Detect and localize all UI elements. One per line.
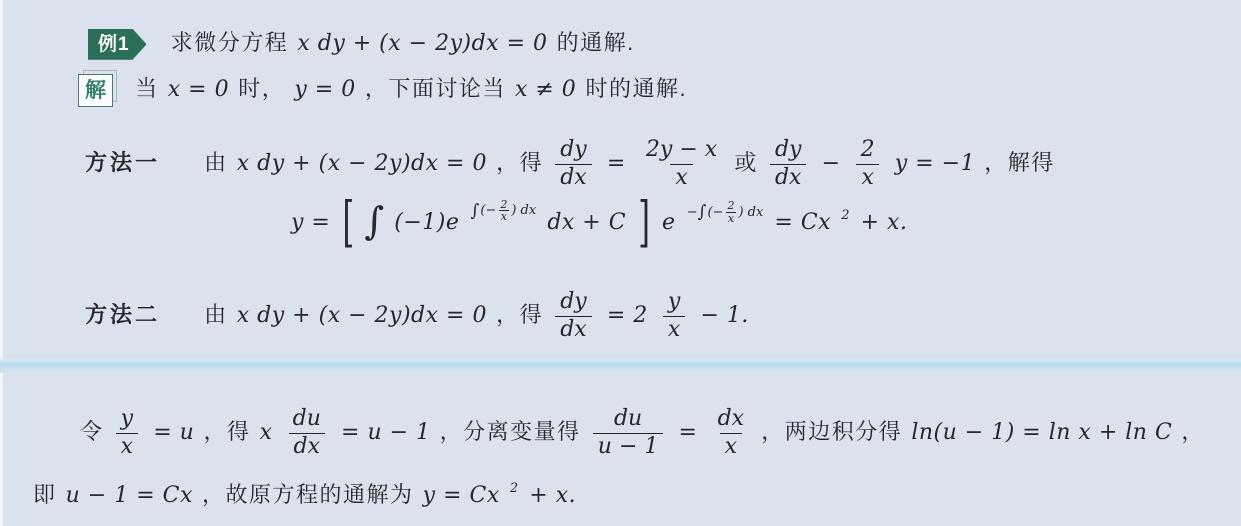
method1-equals: = — [607, 151, 626, 176]
concl-gu-text: ，故原方程的通解为 — [202, 482, 414, 507]
concl-eq2: y = Cx — [423, 483, 500, 508]
fraction-du-dx: dudx — [288, 407, 326, 459]
close-bracket: ] — [638, 192, 650, 255]
homog-comma: ， — [1181, 419, 1205, 444]
example-statement-line: 例1 求微分方程 x dy + (x − 2y)dx = 0 的通解. — [88, 26, 635, 60]
solution-outro-text: 时的通解. — [585, 76, 687, 101]
method1-eq1: x dy + (x − 2y)dx = 0 — [237, 151, 487, 176]
concl-tail: + x. — [529, 483, 576, 508]
example-intro-text: 求微分方程 — [171, 30, 289, 55]
method1-line: 方法一 由 x dy + (x − 2y)dx = 0 ，得 dydx = 2y… — [85, 138, 1055, 190]
exponent-2: − ∫ (− 2x ) dx — [687, 200, 764, 224]
formula-integrand: (−1)e — [394, 210, 459, 235]
exponent-1: ∫ (− 2x ) dx — [471, 199, 537, 223]
method2-label: 方法二 — [85, 302, 160, 327]
method1-you-text: 由 — [204, 150, 228, 175]
fraction-dy-dx: dydx — [555, 138, 592, 190]
method2-eq1: x dy + (x − 2y)dx = 0 — [237, 303, 487, 328]
homog-var-x: x — [260, 420, 273, 445]
method1-minus: − — [822, 151, 841, 176]
fraction-2-over-x: 2x — [856, 138, 880, 190]
method1-de-text: ，得 — [496, 150, 543, 175]
fraction-du-over-u-minus-1: duu − 1 — [593, 407, 664, 459]
method1-tail: y = −1 — [895, 151, 975, 176]
formula-mid: dx + C — [547, 210, 626, 235]
fraction-2y-minus-x-over-x: 2y − xx — [641, 138, 722, 190]
homog-eq1: = u — [153, 420, 194, 445]
solution-mid1-text: 时， — [238, 76, 285, 101]
method1-or-text: 或 — [734, 150, 758, 175]
open-bracket: [ — [342, 192, 354, 255]
method2-tail: − 1. — [700, 303, 748, 328]
solution-mid2-text: ，下面讨论当 — [365, 76, 506, 101]
solution-badge: 解 — [78, 74, 113, 107]
solution-eq2: y = 0 — [294, 77, 355, 102]
method1-label: 方法一 — [85, 150, 160, 175]
fraction-y-over-x-2: yx — [116, 407, 138, 459]
section-divider — [0, 359, 1241, 373]
homog-let-text: 令 — [80, 419, 104, 444]
homog-separate-text: ，分离变量得 — [440, 419, 581, 444]
fraction-dy-dx-3: dydx — [555, 290, 592, 342]
fraction-dx-over-x: dxx — [713, 407, 750, 459]
example-badge: 例1 — [88, 29, 147, 60]
homog-eq2: = u − 1 — [341, 420, 431, 445]
substitution-line: 令 yx = u ，得 x dudx = u − 1 ，分离变量得 duu − … — [80, 407, 1205, 459]
solution-intro-text: 当 — [135, 76, 159, 101]
homog-eq4: ln(u − 1) = ln x + ln C — [911, 420, 1172, 445]
conclusion-line: 即 u − 1 = Cx ，故原方程的通解为 y = Cx 2 + x. — [33, 478, 579, 509]
fraction-dy-dx-2: dydx — [770, 138, 807, 190]
solution-eq1: x = 0 — [168, 77, 229, 102]
homog-de-text: ，得 — [203, 419, 250, 444]
power-2: 2 — [841, 208, 849, 223]
method2-eq2: = 2 — [607, 303, 648, 328]
concl-ji-text: 即 — [33, 482, 57, 507]
textbook-page: { "page": { "background": "#dce1ee", "ac… — [0, 0, 1241, 526]
solution-intro-line: 解 当 x = 0 时， y = 0 ，下面讨论当 x ≠ 0 时的通解. — [78, 72, 687, 107]
method1-solve-text: ，解得 — [984, 150, 1055, 175]
method2-line: 方法二 由 x dy + (x − 2y)dx = 0 ，得 dydx = 2 … — [85, 290, 752, 342]
formula-result: = Cx — [774, 210, 831, 235]
method2-you-text: 由 — [204, 302, 228, 327]
tiny-fraction-2-over-x-2: 2x — [725, 200, 736, 224]
example-outro-text: 的通解. — [557, 30, 635, 55]
formula-base-e: e — [662, 210, 676, 235]
power-2-conclusion: 2 — [510, 481, 518, 496]
method2-de-text: ，得 — [496, 302, 543, 327]
general-solution-formula: y = [ ∫ (−1)e ∫ (− 2x ) dx dx + C ] e − … — [288, 201, 910, 245]
solution-eq3: x ≠ 0 — [515, 77, 576, 102]
concl-eq1: u − 1 = Cx — [66, 483, 193, 508]
homog-integrate-text: ，两边积分得 — [761, 419, 902, 444]
homog-eq3: = — [679, 420, 698, 445]
tiny-fraction-2-over-x: 2x — [498, 199, 509, 223]
fraction-y-over-x: yx — [663, 290, 685, 342]
integral-sign: ∫ — [364, 199, 384, 243]
example-equation: x dy + (x − 2y)dx = 0 — [297, 31, 547, 56]
formula-lhs: y = — [291, 210, 330, 235]
page-left-edge — [0, 0, 3, 526]
formula-tail: + x. — [861, 210, 908, 235]
